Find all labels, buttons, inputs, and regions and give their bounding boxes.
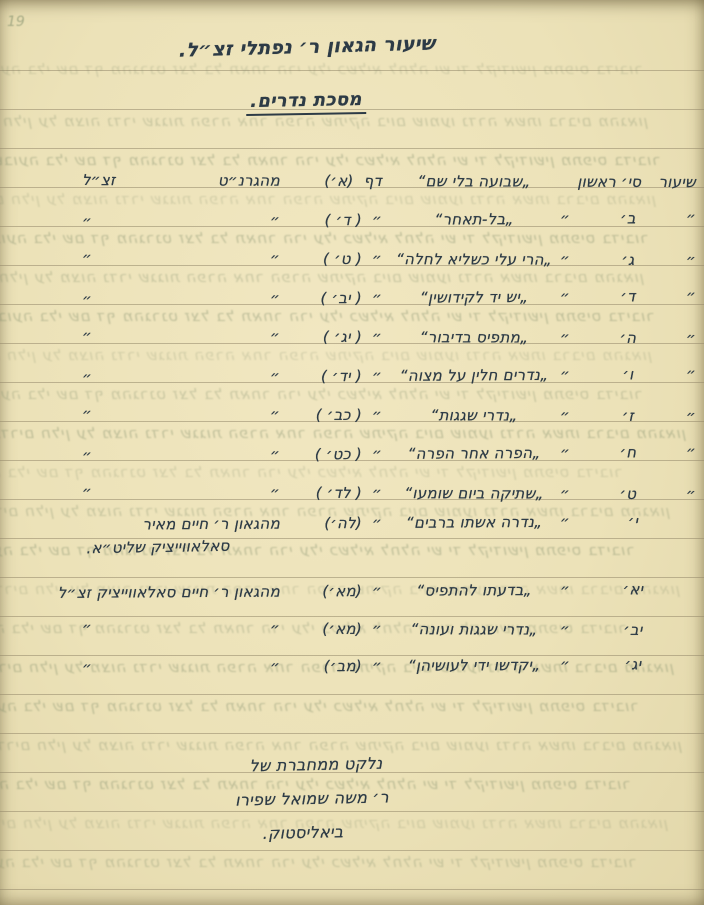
table-row: יב׳״ „נדרי שגגות ועונה“ ״(מא׳) ״״ [36,610,696,639]
daf-number: (מב׳) [324,657,362,675]
attribution: מהגאון ר׳ חיים מאיר [142,515,280,534]
daf-number: (א׳) [324,172,353,190]
daf-number: ( ד׳ ) [325,211,363,229]
attribution-ditto: ״ [82,249,92,267]
shiur-number: יא׳ [623,580,644,598]
attribution-ditto: ״ [270,368,280,386]
daf-ditto: ״ [372,620,382,638]
daf-number: ( לד׳ ) [316,484,362,502]
shiur-number: יג׳ [625,655,642,673]
bleedthrough-line: נדרים חלין על מצוה נדרי שגגות הפרה אחר ה… [0,736,704,754]
colophon-line-1: נלקט ממחברת של [236,753,396,775]
attribution-continuation: סאלאווייציק שליט״א. [58,536,258,557]
shiur-number: ו׳ [623,365,634,383]
shiur-number: ח׳ [620,443,637,461]
shiur-ditto: ״ [686,209,696,227]
faint-page-number: 19 [7,14,25,30]
daf-ditto: ״ [372,289,382,307]
daf-ditto: ״ [372,484,382,502]
daf-number: ( כב׳ ) [316,406,362,424]
table-row: שיעורסי׳ ראשון „שבועה בלי שם“ דף(א׳) מהג… [36,162,696,191]
attribution-suffix: זצ״ל [82,171,116,189]
attribution-ditto: ״ [82,213,92,231]
shiur-title: „שתיקה ביום שומעו“ [388,484,560,503]
bleedthrough-line: שבועה בלי שם דף מהגרנט זצל בל תאחר הרי ע… [0,853,704,871]
attribution-ditto: ״ [270,328,280,346]
shiur-title: „נדרה אשתו ברבים“ [388,513,560,532]
daf-ditto: ״ [372,406,382,424]
shiur-title: „מתפיס בדיבור“ [388,328,560,347]
shiur-title: „יש יד לקידושין“ [388,288,560,307]
shiur-label: שיעור [659,173,697,191]
manuscript-page: שבועה בלי שם דף מהגרנט זצל בל תאחר הרי ע… [0,0,704,905]
shiur-number: סי׳ ראשון [577,173,641,191]
table-row: ״ד׳״ „יש יד לקידושין“ ״( יב׳ ) ״״ [36,278,696,309]
table-row: ״ט׳״ „שתיקה ביום שומעו“ ״( לד׳ ) ״״ [36,474,696,503]
shiur-ditto: ״ [560,366,570,384]
table-row: ״ז׳״ „נדרי שגגות“ ״( כב׳ ) ״״ [36,396,696,425]
table-row: ״ו׳״ „נדרים חלין על מצוה“ ״( יד׳ ) ״״ [36,356,696,387]
shiur-ditto: ״ [686,251,696,269]
attribution-ditto: ״ [82,447,92,465]
shiur-ditto: ״ [686,443,696,461]
daf-label: דף [364,172,382,190]
table-row: ״ג׳״ „הרי עלי כשליא לחלה“ ״( ט׳ ) ״״ [36,240,696,269]
shiur-ditto: ״ [560,444,570,462]
daf-ditto: ״ [372,445,382,463]
daf-number: ( יד׳ ) [321,367,362,385]
page-subtitle: מסכת נדרים. [216,88,396,112]
daf-number: ( ט׳ ) [323,250,362,268]
shiur-ditto: ״ [686,287,696,305]
shiur-title: „נדרי שגגות“ [388,406,560,425]
attribution-ditto: ״ [82,619,92,637]
shiur-number: ט׳ [620,485,637,503]
attribution-ditto: ״ [270,658,280,676]
daf-number: ( יב׳ ) [320,289,362,307]
shiur-ditto: ״ [560,581,570,599]
shiur-title: „שבועה בלי שם“ [388,172,560,191]
shiur-ditto: ״ [560,210,570,228]
shiur-number: ב׳ [620,209,636,227]
attribution: מהגרנ״ט [218,171,280,189]
shiur-title: „יקדשו ידי לעושיהן“ [388,656,560,675]
shiur-title: „בדעתו להתפיס“ [388,581,560,600]
shiur-ditto: ״ [560,251,570,269]
attribution-ditto: ״ [270,212,280,230]
table-row: יא׳״ „בדעתו להתפיס“ ״(מא׳) מהגאון ר׳ חיי… [36,571,696,602]
page-title: שיעור הגאון ר׳ נפתלי זצ״ל. [172,32,443,62]
shiur-number: י׳ [628,512,638,530]
attribution-ditto: ״ [270,484,280,502]
table-row: ״ב׳״ „בל-תאחר“ ״( ד׳ ) ״״ [36,200,696,231]
attribution-ditto: ״ [82,405,92,423]
shiur-ditto: ״ [560,513,570,531]
shiur-ditto: ״ [560,621,570,639]
shiur-ditto: ״ [560,288,570,306]
shiur-title: „נדרי שגגות ועונה“ [388,620,560,639]
table-row: ״ה׳״ „מתפיס בדיבור“ ״( יג׳ ) ״״ [36,318,696,347]
shiur-ditto: ״ [686,329,696,347]
shiur-ditto: ״ [686,407,696,425]
shiur-number: יב׳ [623,621,642,639]
attribution-ditto: ״ [82,327,92,345]
attribution-ditto: ״ [82,483,92,501]
shiur-title: „הפרה אחר הפרה“ [388,444,560,463]
daf-ditto: ״ [372,657,382,675]
subtitle-underlined-text: מסכת נדרים. [246,89,366,116]
attribution-ditto: ״ [270,406,280,424]
daf-number: ( יג׳ ) [323,328,362,346]
shiur-title: „הרי עלי כשליא לחלה“ [388,250,560,269]
daf-ditto: ״ [372,582,382,600]
bleedthrough-line: שבועה בלי שם דף מהגרנט זצל בל תאחר הרי ע… [0,60,704,78]
attribution-ditto: ״ [270,620,280,638]
attribution-ditto: ״ [270,290,280,308]
daf-number: (לה׳) [324,514,362,532]
shiur-ditto: ״ [686,485,696,503]
shiur-number: ג׳ [621,251,634,269]
shiur-number: ה׳ [620,329,637,347]
attribution-ditto: ״ [82,369,92,387]
attribution-ditto: ״ [270,250,280,268]
attribution-ditto: ״ [270,446,280,464]
colophon-line-2: ר׳ משה שמואל שפירו [214,787,410,810]
colophon-line-3: ביאליסטוק. [247,822,359,843]
daf-ditto: ״ [372,250,382,268]
shiur-title: „בל-תאחר“ [388,210,560,229]
daf-number: (מא׳) [322,620,362,638]
daf-ditto: ״ [372,514,382,532]
shiur-number: ז׳ [622,407,634,425]
shiur-ditto: ״ [560,329,570,347]
daf-ditto: ״ [372,328,382,346]
table-row: ״ח׳״ „הפרה אחר הפרה“ ״( כט׳ ) ״״ [36,434,696,465]
daf-ditto: ״ [372,211,382,229]
shiur-ditto: ״ [560,407,570,425]
table-row: י׳״ „נדרה אשתו ברבים“ ״(לה׳) מהגאון ר׳ ח… [36,503,696,534]
shiur-ditto: ״ [560,656,570,674]
table-row: יג׳״ „יקדשו ידי לעושיהן“ ״(מב׳) ״״ [36,646,696,677]
attribution-ditto: ״ [82,659,92,677]
attribution: מהגאון ר׳ חיים סאלאווייציק זצ״ל [58,583,280,602]
daf-ditto: ״ [372,367,382,385]
bleedthrough-line: נדרים חלין על מצוה נדרי שגגות הפרה אחר ה… [0,112,704,130]
shiur-ditto: ״ [686,365,696,383]
shiur-title: „נדרים חלין על מצוה“ [388,366,560,385]
shiur-number: ד׳ [620,287,635,305]
daf-number: ( כט׳ ) [315,445,362,463]
bleedthrough-line: שבועה בלי שם דף מהגרנט זצל בל תאחר הרי ע… [0,697,704,715]
attribution-ditto: ״ [82,291,92,309]
shiur-ditto: ״ [560,485,570,503]
daf-number: (מא׳) [322,582,362,600]
